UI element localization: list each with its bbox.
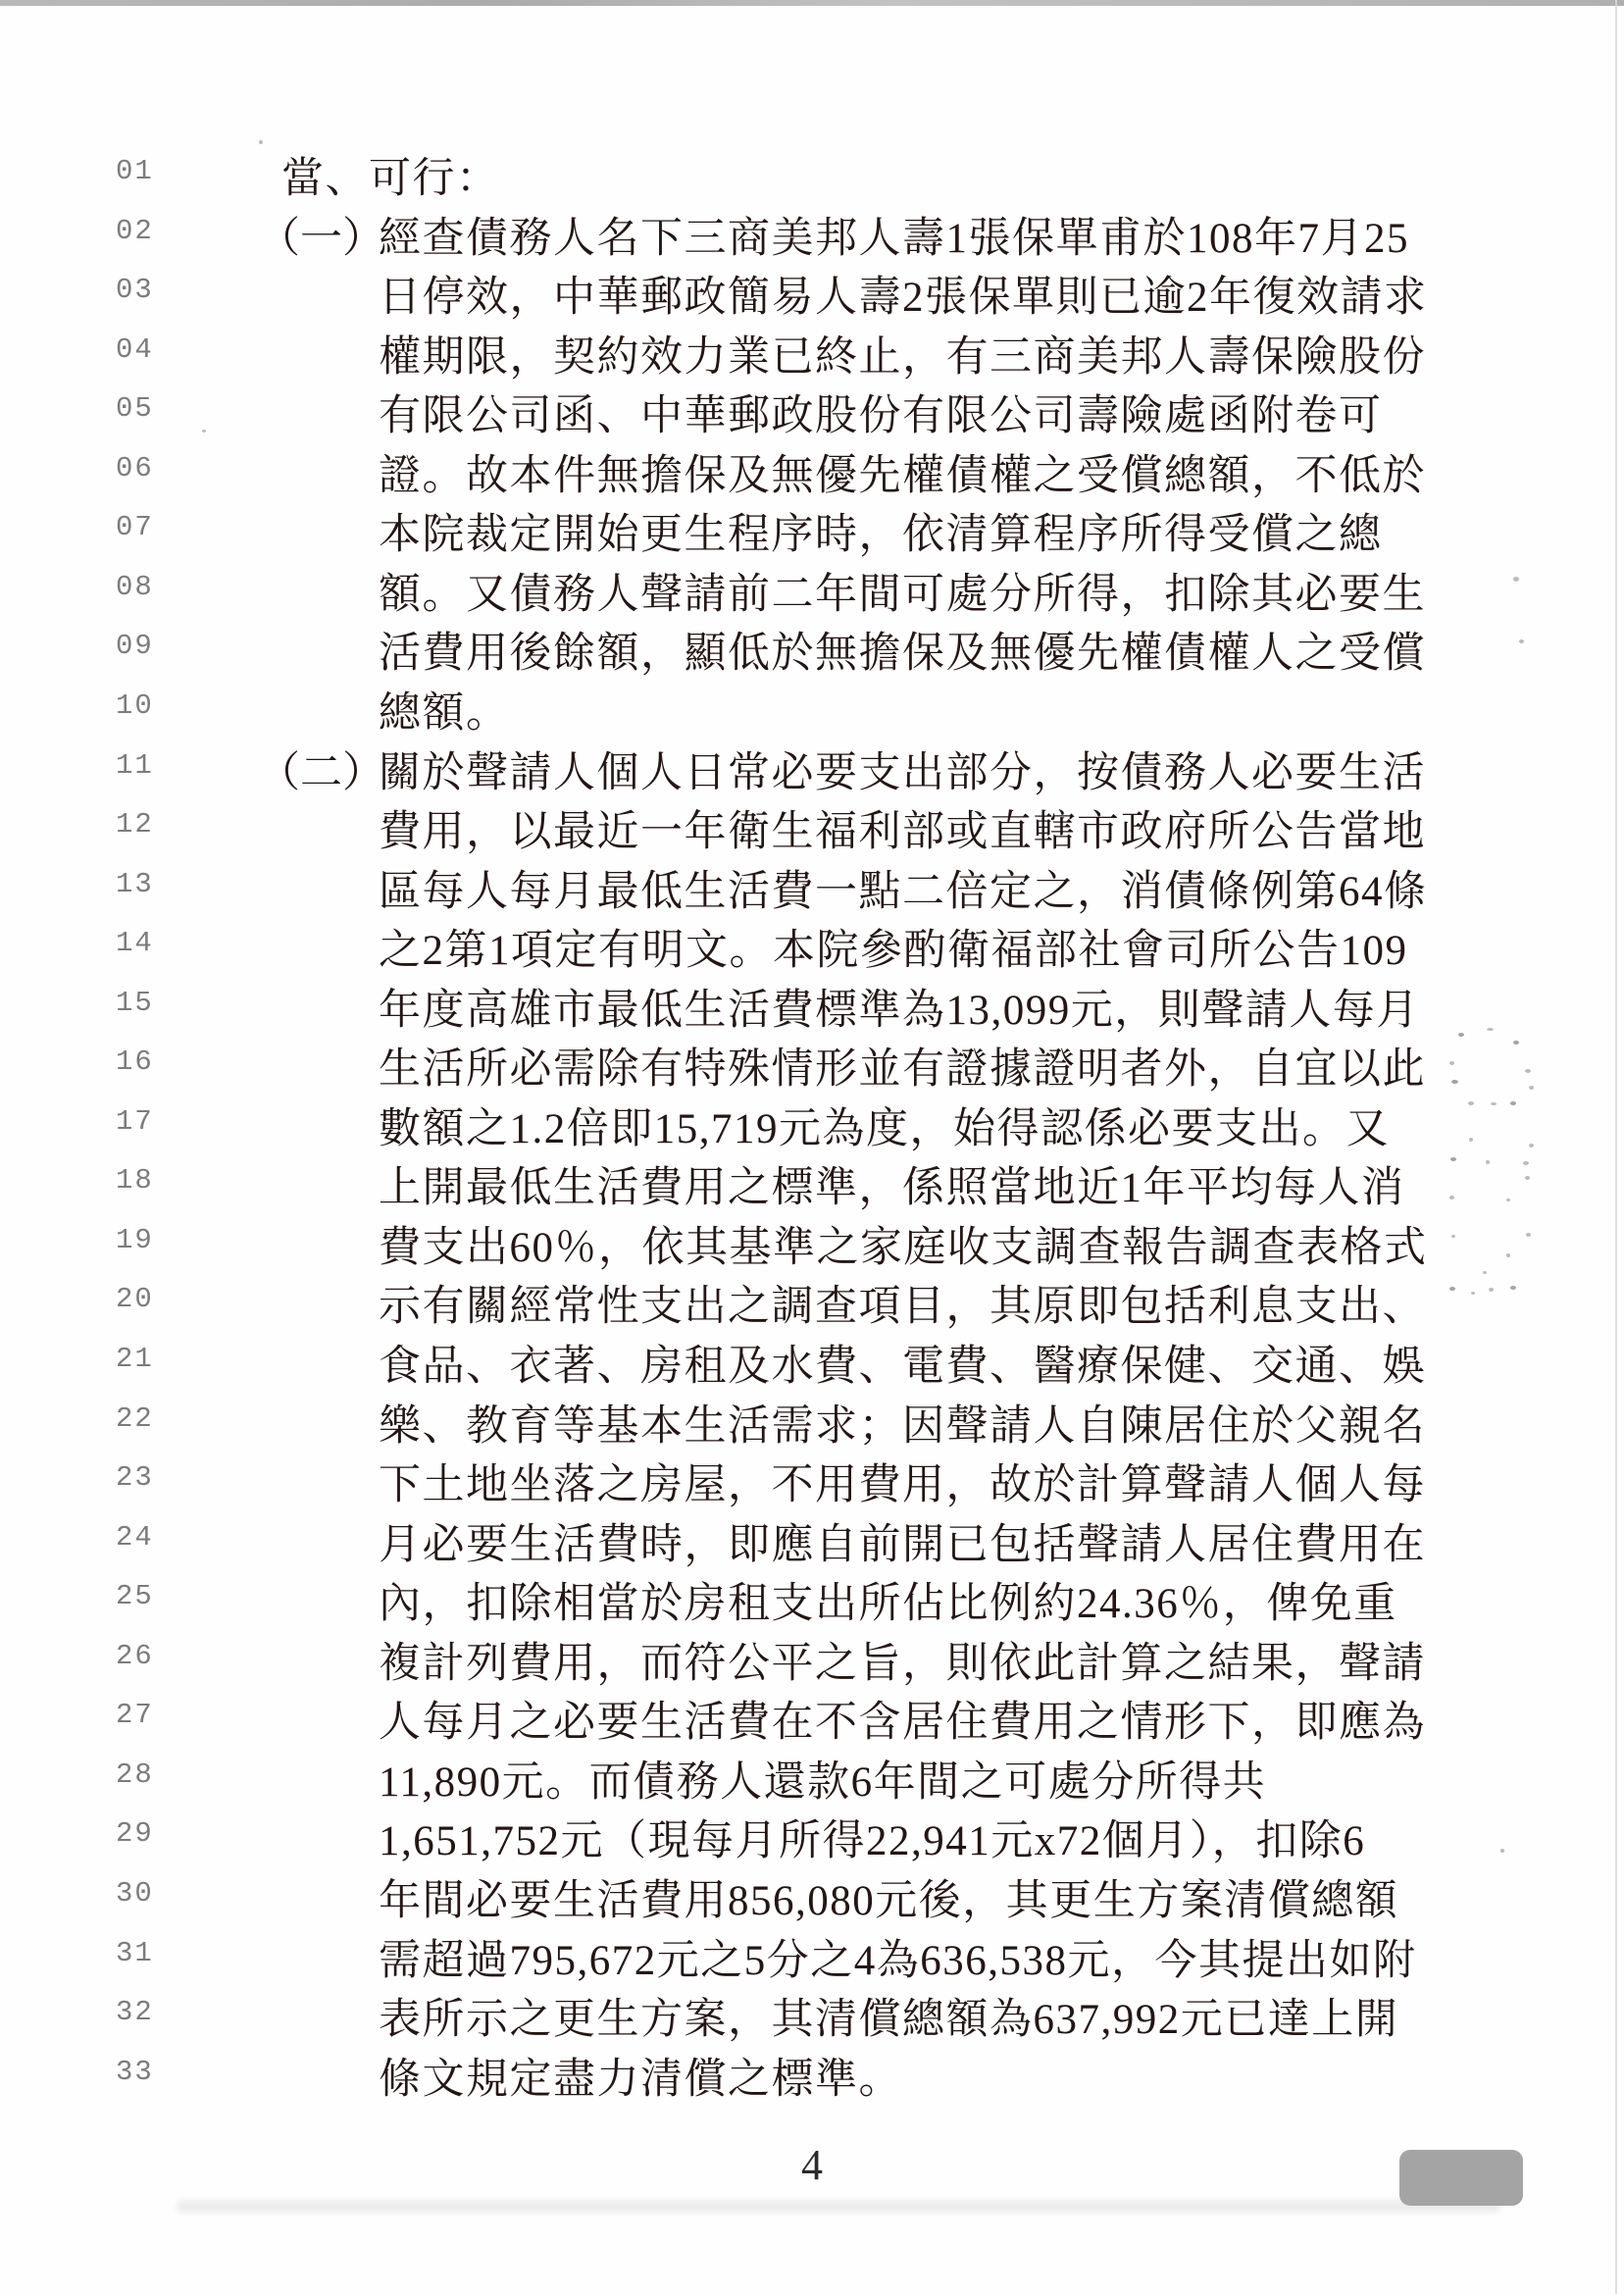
list-item-marker: （二） [258, 739, 384, 799]
line-text: 人每月之必要生活費在不含居住費用之情形下，即應為 [379, 1689, 1426, 1749]
line-number: 05 [116, 392, 154, 425]
line-text: 關於聲請人個人日常必要支出部分，按債務人必要生活 [379, 739, 1426, 799]
line-number: 12 [116, 808, 154, 841]
document-line: 09活費用後餘額，顯低於無擔保及無優先權債權人之受償 [0, 618, 1624, 677]
line-number: 33 [116, 2056, 154, 2088]
line-number: 01 [116, 155, 154, 187]
document-line: 32表所示之更生方案，其清償總額為637,992元已達上開 [0, 1984, 1624, 2043]
document-line: 12費用，以最近一年衛生福利部或直轄市政府所公告當地 [0, 796, 1624, 855]
line-number: 23 [116, 1461, 154, 1494]
line-text: 1,651,752元（現每月所得22,941元x72個月），扣除6 [379, 1808, 1365, 1867]
document-line: 31需超過795,672元之5分之4為636,538元，今其提出如附 [0, 1925, 1624, 1984]
scan-smudge-artifact [177, 2200, 1500, 2213]
document-line: 13區每人每月最低生活費一點二倍定之，消債條例第64條 [0, 856, 1624, 915]
line-text: 總額。 [379, 680, 510, 739]
line-number: 18 [116, 1164, 154, 1197]
line-number: 22 [116, 1402, 154, 1435]
document-line: 23下土地坐落之房屋，不用費用，故於計算聲請人個人每 [0, 1450, 1624, 1508]
document-line: 02（一）經查債務人名下三商美邦人壽1張保單甫於108年7月25 [0, 203, 1624, 262]
document-line: 20示有關經常性支出之調查項目，其原即包括利息支出、 [0, 1271, 1624, 1330]
line-text: 月必要生活費時，即應自前開已包括聲請人居住費用在 [379, 1511, 1426, 1571]
line-number: 29 [116, 1817, 154, 1850]
line-number: 21 [116, 1343, 154, 1375]
line-text: 證。故本件無擔保及無優先權債權之受償總額，不低於 [379, 442, 1426, 502]
line-text: 樂、教育等基本生活需求；因聲請人自陳居住於父親名 [379, 1393, 1426, 1453]
document-line: 33條文規定盡力清償之標準。 [0, 2044, 1624, 2103]
line-number: 24 [116, 1521, 154, 1554]
line-number: 28 [116, 1759, 154, 1791]
line-text: 費支出60％，依其基準之家庭收支調查報告調查表格式 [379, 1214, 1428, 1274]
line-text: 內，扣除相當於房租支出所佔比例約24.36％，俾免重 [379, 1570, 1397, 1630]
document-line: 05有限公司函、中華郵政股份有限公司壽險處函附卷可 [0, 381, 1624, 439]
line-number: 09 [116, 630, 154, 662]
document-line: 03日停效，中華郵政簡易人壽2張保單則已逾2年復效請求 [0, 262, 1624, 321]
document-line: 08額。又債務人聲請前二年間可處分所得，扣除其必要生 [0, 559, 1624, 618]
line-text: 條文規定盡力清償之標準。 [379, 2046, 902, 2106]
line-number: 13 [116, 868, 154, 900]
line-number: 16 [116, 1045, 154, 1078]
line-number: 07 [116, 511, 154, 543]
line-number: 32 [116, 1996, 154, 2028]
line-number: 04 [116, 333, 154, 366]
document-line: 21食品、衣著、房租及水費、電費、醫療保健、交通、娛 [0, 1331, 1624, 1390]
document-line: 14之2第1項定有明文。本院參酌衛福部社會司所公告109 [0, 915, 1624, 974]
line-text: 年間必要生活費用856,080元後，其更生方案清償總額 [379, 1867, 1398, 1927]
line-text: 區每人每月最低生活費一點二倍定之，消債條例第64條 [379, 858, 1428, 918]
line-number: 08 [116, 571, 154, 603]
line-number: 17 [116, 1105, 154, 1138]
document-line: 26複計列費用，而符公平之旨，則依此計算之結果，聲請 [0, 1628, 1624, 1687]
line-text: 年度高雄市最低生活費標準為13,099元，則聲請人每月 [379, 977, 1420, 1037]
line-text: 數額之1.2倍即15,719元為度，始得認係必要支出。又 [379, 1096, 1390, 1155]
document-line: 07本院裁定開始更生程序時，依清算程序所得受償之總 [0, 499, 1624, 558]
line-number: 31 [116, 1937, 154, 1969]
line-text: 示有關經常性支出之調查項目，其原即包括利息支出、 [379, 1273, 1426, 1333]
page-number: 4 [0, 2140, 1624, 2190]
line-text: 食品、衣著、房租及水費、電費、醫療保健、交通、娛 [379, 1333, 1426, 1393]
line-number: 15 [116, 987, 154, 1019]
redaction-box [1399, 2150, 1523, 2206]
line-number: 06 [116, 452, 154, 484]
line-number: 19 [116, 1224, 154, 1256]
line-text: 費用，以最近一年衛生福利部或直轄市政府所公告當地 [379, 798, 1426, 858]
line-number: 02 [116, 215, 154, 247]
document-line: 24月必要生活費時，即應自前開已包括聲請人居住費用在 [0, 1509, 1624, 1568]
document-line: 291,651,752元（現每月所得22,941元x72個月），扣除6 [0, 1806, 1624, 1864]
line-text: 日停效，中華郵政簡易人壽2張保單則已逾2年復效請求 [379, 264, 1428, 324]
line-number: 30 [116, 1877, 154, 1910]
document-line: 17數額之1.2倍即15,719元為度，始得認係必要支出。又 [0, 1094, 1624, 1152]
document-line: 27人每月之必要生活費在不含居住費用之情形下，即應為 [0, 1687, 1624, 1746]
document-line: 22樂、教育等基本生活需求；因聲請人自陳居住於父親名 [0, 1391, 1624, 1450]
line-text: 11,890元。而債務人還款6年間之可處分所得共 [379, 1749, 1266, 1809]
line-text: 活費用後餘額，顯低於無擔保及無優先權債權人之受償 [379, 620, 1426, 680]
line-text: 之2第1項定有明文。本院參酌衛福部社會司所公告109 [379, 917, 1408, 977]
line-number: 11 [116, 749, 154, 782]
document-line: 06證。故本件無擔保及無優先權債權之受償總額，不低於 [0, 440, 1624, 499]
line-text: 表所示之更生方案，其清償總額為637,992元已達上開 [379, 1986, 1398, 2046]
document-line: 10總額。 [0, 678, 1624, 737]
document-line: 18上開最低生活費用之標準，係照當地近1年平均每人消 [0, 1152, 1624, 1211]
line-text: 經查債務人名下三商美邦人壽1張保單甫於108年7月25 [379, 205, 1409, 265]
document-line: 11（二）關於聲請人個人日常必要支出部分，按債務人必要生活 [0, 738, 1624, 796]
line-number: 27 [116, 1699, 154, 1731]
line-text: 生活所必需除有特殊情形並有證據證明者外，自宜以此 [379, 1036, 1426, 1096]
line-text: 額。又債務人聲請前二年間可處分所得，扣除其必要生 [379, 561, 1426, 621]
line-text: 有限公司函、中華郵政股份有限公司壽險處函附卷可 [379, 382, 1383, 442]
line-number: 03 [116, 274, 154, 306]
document-line: 16生活所必需除有特殊情形並有證據證明者外，自宜以此 [0, 1034, 1624, 1093]
line-text: 本院裁定開始更生程序時，依清算程序所得受償之總 [379, 501, 1383, 561]
line-number: 10 [116, 689, 154, 722]
scan-edge-artifact-top [0, 0, 1624, 6]
scanned-document-page: 01當、可行：02（一）經查債務人名下三商美邦人壽1張保單甫於108年7月250… [0, 0, 1624, 2294]
document-line: 19費支出60％，依其基準之家庭收支調查報告調查表格式 [0, 1212, 1624, 1271]
document-line: 15年度高雄市最低生活費標準為13,099元，則聲請人每月 [0, 975, 1624, 1034]
line-text: 當、可行： [281, 145, 500, 205]
line-text: 權期限，契約效力業已終止，有三商美邦人壽保險股份 [379, 324, 1426, 383]
document-line: 2811,890元。而債務人還款6年間之可處分所得共 [0, 1747, 1624, 1806]
line-number: 20 [116, 1283, 154, 1315]
line-text: 需超過795,672元之5分之4為636,538元，今其提出如附 [379, 1927, 1417, 1987]
line-number: 14 [116, 927, 154, 959]
document-line: 04權期限，契約效力業已終止，有三商美邦人壽保險股份 [0, 322, 1624, 381]
list-item-marker: （一） [258, 205, 384, 265]
document-line: 01當、可行： [0, 143, 1624, 202]
line-text: 複計列費用，而符公平之旨，則依此計算之結果，聲請 [379, 1630, 1426, 1690]
line-number: 26 [116, 1640, 154, 1672]
document-line: 30年間必要生活費用856,080元後，其更生方案清償總額 [0, 1865, 1624, 1924]
line-text: 上開最低生活費用之標準，係照當地近1年平均每人消 [379, 1154, 1405, 1214]
document-line: 25內，扣除相當於房租支出所佔比例約24.36％，俾免重 [0, 1568, 1624, 1627]
line-number: 25 [116, 1580, 154, 1612]
line-text: 下土地坐落之房屋，不用費用，故於計算聲請人個人每 [379, 1452, 1426, 1511]
